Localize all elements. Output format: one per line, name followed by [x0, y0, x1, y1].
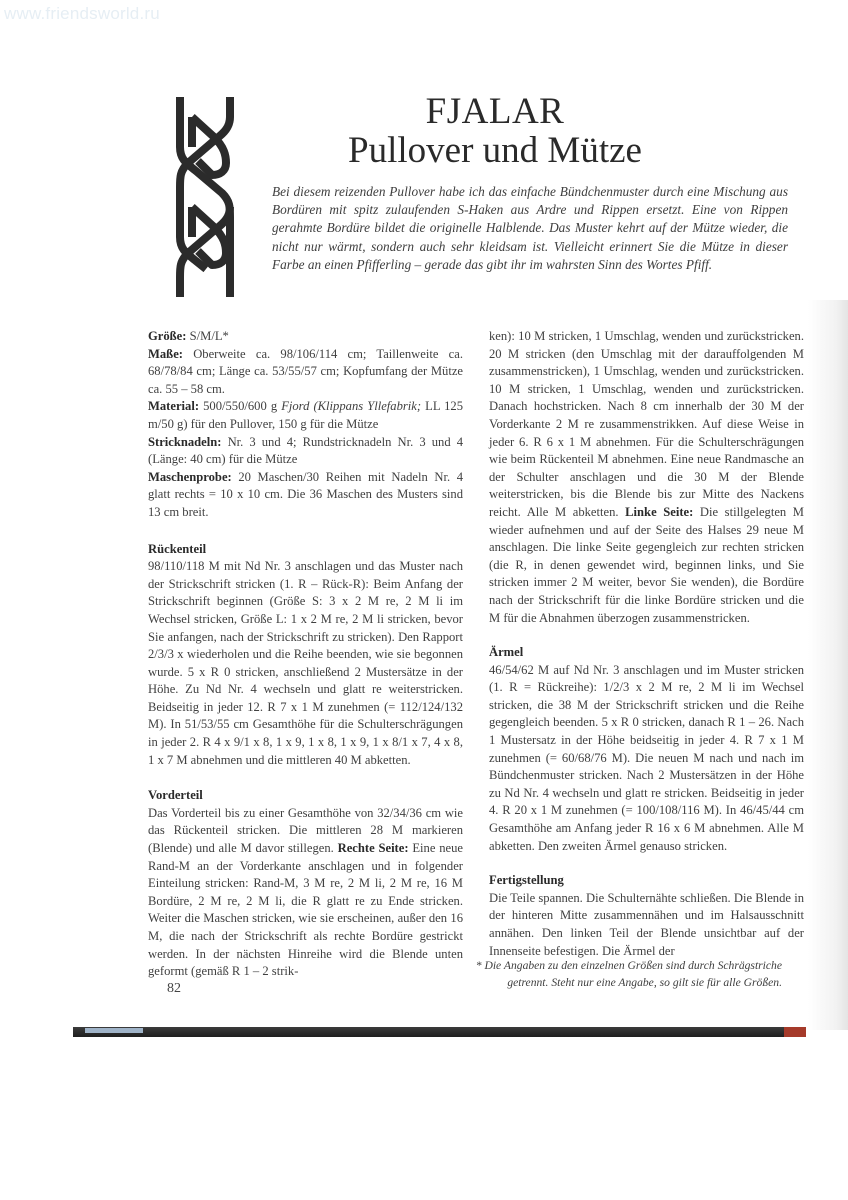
- celtic-knot-icon: [172, 97, 238, 297]
- left-column: Größe: S/M/L* Maße: Oberweite ca. 98/106…: [148, 328, 463, 981]
- spec-measurements: Maße: Oberweite ca. 98/106/114 cm; Taill…: [148, 346, 463, 399]
- section-heading-vorderteil: Vorderteil: [148, 787, 463, 805]
- intro-paragraph: Bei diesem reizenden Pullover habe ich d…: [272, 183, 788, 274]
- section-body-vorderteil-continued: ken): 10 M stricken, 1 Umschlag, wenden …: [489, 328, 804, 627]
- scan-edge-strip: [73, 1027, 806, 1037]
- section-heading-rueckenteil: Rückenteil: [148, 541, 463, 559]
- size-footnote: * Die Angaben zu den einzelnen Größen si…: [420, 957, 782, 991]
- spec-gauge: Maschenprobe: 20 Maschen/30 Reihen mit N…: [148, 469, 463, 522]
- section-heading-fertigstellung: Fertigstellung: [489, 872, 804, 890]
- page-edge-shadow: [808, 300, 848, 1030]
- page-number: 82: [167, 981, 181, 997]
- spec-needles: Stricknadeln: Nr. 3 und 4; Rundstricknad…: [148, 434, 463, 469]
- right-column: ken): 10 M stricken, 1 Umschlag, wenden …: [489, 328, 804, 960]
- watermark: www.friendsworld.ru: [4, 4, 160, 24]
- spec-material: Material: 500/550/600 g Fjord (Klippans …: [148, 398, 463, 433]
- pattern-title: FJALAR Pullover und Mütze: [300, 92, 690, 170]
- section-body-aermel: 46/54/62 M auf Nd Nr. 3 anschlagen und i…: [489, 662, 804, 856]
- section-body-vorderteil-left: Das Vorderteil bis zu einer Gesamthöhe v…: [148, 805, 463, 981]
- section-heading-aermel: Ärmel: [489, 644, 804, 662]
- title-subtitle: Pullover und Mütze: [300, 131, 690, 170]
- section-body-fertigstellung: Die Teile spannen. Die Schulternähte sch…: [489, 890, 804, 960]
- title-fjalar: FJALAR: [300, 92, 690, 131]
- section-body-rueckenteil: 98/110/118 M mit Nd Nr. 3 anschlagen und…: [148, 558, 463, 769]
- spec-size: Größe: S/M/L*: [148, 328, 463, 346]
